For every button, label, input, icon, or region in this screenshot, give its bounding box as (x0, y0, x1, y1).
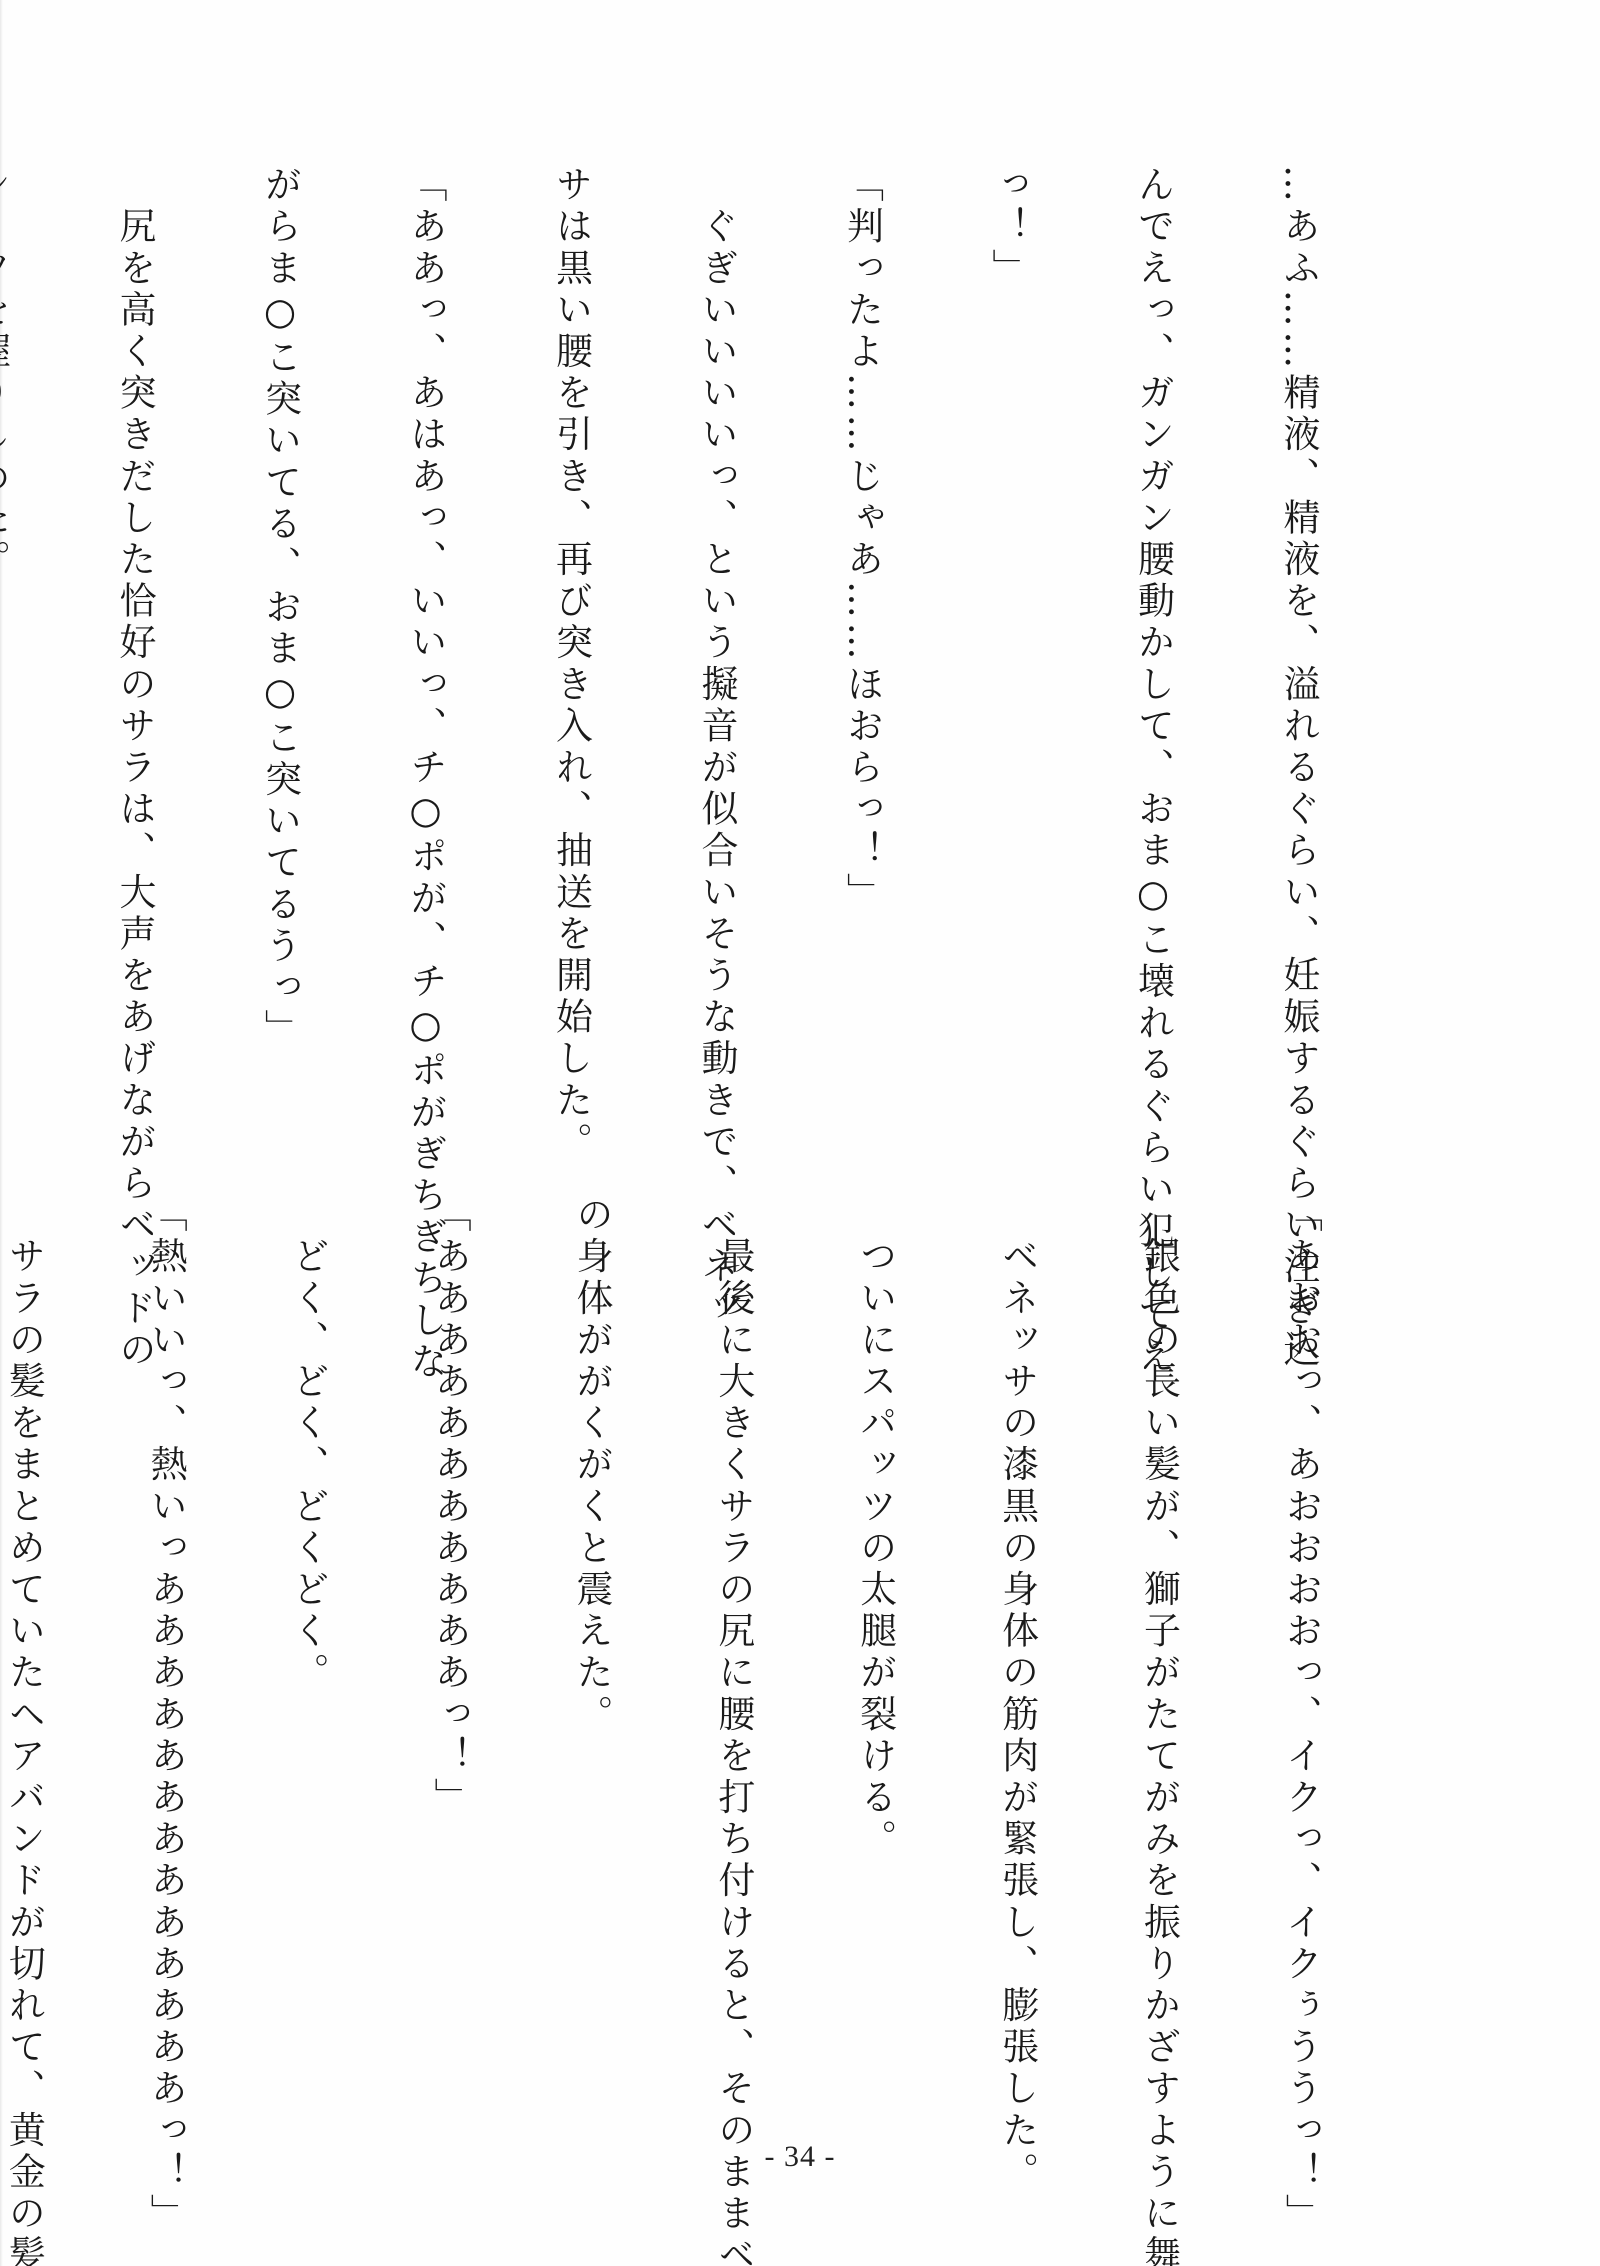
text-line: の身体ががくがくと震えた。 (568, 1195, 615, 2115)
text-line: サラの髪をまとめていたヘアバンドが切れて、黄金の髪が広が (0, 1195, 47, 2115)
text-line: …あふ……精液、精液を、溢れるぐらい、妊娠するぐらい注ぎ込 (1274, 165, 1323, 1105)
text-line: 「熱いいっ、熱いっあああああああああああああっ！」 (142, 1195, 189, 2115)
text-block-bottom: 「あおおっ、あおおおおっ、イクっ、イクぅううっ！」 銀色の長い髪が、獅子がたてが… (0, 1195, 1419, 2115)
text-line: サは黒い腰を引き、再び突き入れ、抽送を開始した。 (546, 165, 595, 1105)
page-number: - 34 - (0, 2140, 1600, 2174)
text-line: んでえっ、ガンガン腰動かして、おま○こ壊れるぐらい犯してえ (1128, 165, 1177, 1105)
text-line: 銀色の長い髪が、獅子がたてがみを振りかざすように舞う。 (1135, 1195, 1182, 2115)
text-line: 尻を高く突きだした恰好のサラは、大声をあげながらベッドの (110, 165, 159, 1105)
text-line: どく、どく、どくどく。 (284, 1195, 331, 2115)
text-line: 最後に大きくサラの尻に腰を打ち付けると、そのままベネッサ (710, 1195, 757, 2115)
document-page: …あふ……精液、精液を、溢れるぐらい、妊娠するぐらい注ぎ込 んでえっ、ガンガン腰… (0, 0, 1600, 2266)
text-line: ぐぎいいいいっ、という擬音が似合いそうな動きで、ベネッ (692, 165, 741, 1105)
text-block-top: …あふ……精液、精液を、溢れるぐらい、妊娠するぐらい注ぎ込 んでえっ、ガンガン腰… (0, 165, 1419, 1105)
text-line: 「ああっ、あはあっ、いいっ、チ○ポが、チ○ポがぎちぎちしな (401, 165, 450, 1105)
text-line: っ！」 (983, 165, 1032, 1105)
text-line: 「判ったよ……じゃあ……ほおらっ！」 (837, 165, 886, 1105)
text-line: 「あおおっ、あおおおおっ、イクっ、イクぅううっ！」 (1277, 1195, 1324, 2115)
text-line: ついにスパッツの太腿が裂ける。 (851, 1195, 898, 2115)
text-line: ベネッサの漆黒の身体の筋肉が緊張し、膨張した。 (993, 1195, 1040, 2115)
text-line: がらま○こ突いてる、おま○こ突いてるうっ」 (255, 165, 304, 1105)
text-line: シーツを握りしめた。 (0, 165, 13, 1105)
text-line: 「あああああああああああっ！」 (426, 1195, 473, 2115)
